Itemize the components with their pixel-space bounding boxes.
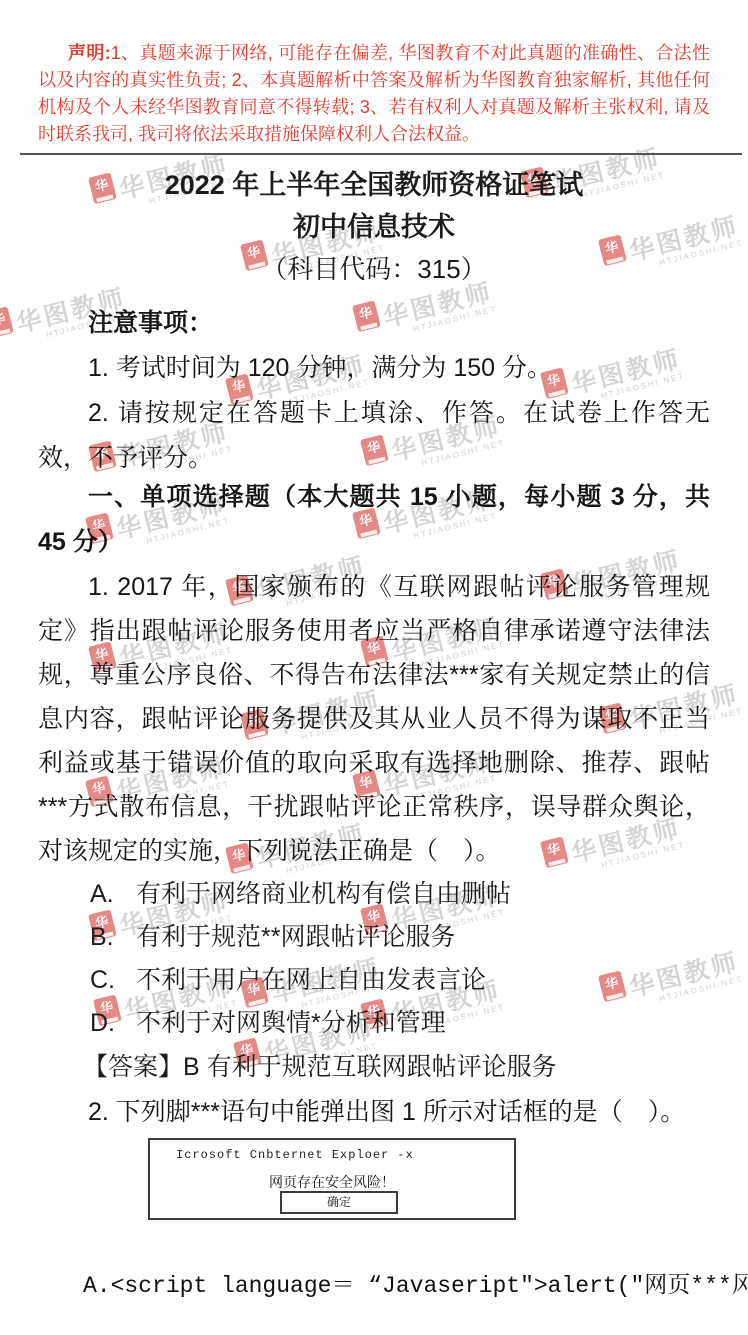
question-1-stem: 1. 2017 年，国家颁布的《互联网跟帖评论服务管理规定》指出跟帖评论服务使用… [38,565,710,873]
question-1-options: A. 有利于网络商业机构有偿自由删帖 B. 有利于规范**网跟帖评论服务 C. … [38,873,710,1045]
option-text: 有利于网络商业机构有偿自由删帖 [136,873,511,916]
option-letter: C. [90,959,136,1002]
option-text: 有利于规范**网跟帖评论服务 [136,916,455,959]
section-heading: 一、单项选择题（本大题共 15 小题，每小题 3 分，共 45 分） [38,475,710,565]
disclaimer-prefix: 声明: [68,43,111,63]
subject-code: （科目代码：315） [38,248,710,290]
option-row-b: B. 有利于规范**网跟帖评论服务 [38,916,710,959]
option-letter: D. [90,1002,136,1045]
disclaimer-text: 1、真题来源于网络, 可能存在偏差, 华图教育不对此真题的准确性、合法性以及内容… [38,43,710,144]
disclaimer-paragraph: 声明:1、真题来源于网络, 可能存在偏差, 华图教育不对此真题的准确性、合法性以… [38,0,710,148]
doc-subject-title: 初中信息技术 [38,206,710,248]
dialog-figure: Icrosoft Cnbternet Exploer -x 网页存在安全风险！ … [148,1138,516,1220]
option-letter: B. [90,916,136,959]
notice-item-1: 1. 考试时间为 120 分钟，满分为 150 分。 [38,346,710,391]
notice-item-2: 2. 请按规定在答题卡上填涂、作答。在试卷上作答无效，不予评分。 [38,391,710,481]
option-text: 不利于用户在网上自由发表言论 [136,959,486,1002]
dialog-ok-button: 确定 [280,1191,398,1214]
question-2-stem: 2. 下列脚***语句中能弹出图 1 所示对话框的是（ ）。 [38,1090,710,1135]
page-content: 声明:1、真题来源于网络, 可能存在偏差, 华图教育不对此真题的准确性、合法性以… [0,0,748,1299]
option-row-d: D. 不利于对网舆情*分析和管理 [38,1002,710,1045]
answer-line: 【答案】B 有利于规范互联网跟帖评论服务 [83,1045,710,1090]
option-letter: A. [90,873,136,916]
dialog-title-text: Icrosoft Cnbternet Exploer -x [176,1148,414,1162]
doc-title: 2022 年上半年全国教师资格证笔试 [38,164,710,206]
divider-line [20,153,742,155]
exam-paper-page: 华华图教师HTJIAOSHI.NET华华图教师HTJIAOSHI.NET华华图教… [0,0,748,1335]
option-row-c: C. 不利于用户在网上自由发表言论 [38,959,710,1002]
notice-heading: 注意事项： [38,301,710,346]
option-a-code-line: A.<script language＝ “Javaseript">alert("… [83,1266,710,1299]
option-text: 不利于对网舆情*分析和管理 [136,1002,446,1045]
option-row-a: A. 有利于网络商业机构有偿自由删帖 [38,873,710,916]
dialog-message: 网页存在安全风险！ [150,1172,514,1192]
